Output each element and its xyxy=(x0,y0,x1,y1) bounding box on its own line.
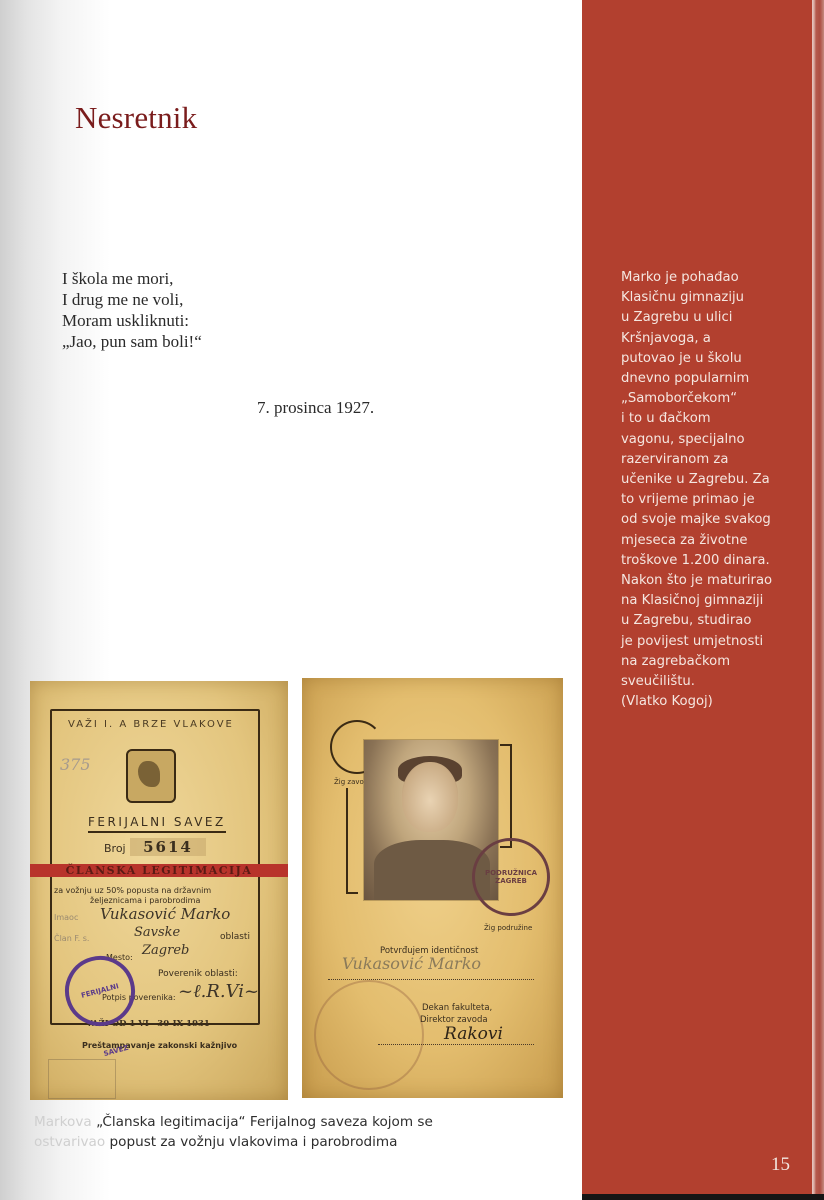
commissioner-signature: ~ℓ.R.Vi~ xyxy=(178,981,259,1002)
sidebar-line: u Zagrebu u ulici xyxy=(621,308,801,328)
identity-signature: Vukasović Marko xyxy=(342,954,481,973)
branch-stamp: PODRUŽNICA ZAGREB xyxy=(472,838,550,916)
caption-line: „Članska legitimacija“ Ferijalnog saveza… xyxy=(96,1114,433,1130)
sidebar-line: mjeseca za životne xyxy=(621,531,801,551)
card-title-band: ČLANSKA LEGITIMACIJA xyxy=(30,864,288,877)
caption-faded-word: Markova xyxy=(34,1114,92,1130)
holder-name: Vukasović Marko xyxy=(100,905,230,923)
dean-signature: Rakovi xyxy=(444,1024,503,1044)
sidebar-line: razerviranom za xyxy=(621,450,801,470)
sidebar-line: to vrijeme primao je xyxy=(621,490,801,510)
sidebar-line: Klasičnu gimnaziju xyxy=(621,288,801,308)
caption-line: popust za vožnju vlakovima i parobrodima xyxy=(110,1134,398,1150)
discount-line: za vožnju uz 50% popusta na državnim xyxy=(54,886,211,895)
poem-date: 7. prosinca 1927. xyxy=(257,398,374,418)
photo-frame-right xyxy=(500,744,512,848)
sidebar-line: od svoje majke svakog xyxy=(621,510,801,530)
poem-line: I drug me ne voli, xyxy=(62,289,202,310)
poem-line: „Jao, pun sam boli!“ xyxy=(62,331,202,352)
sidebar-line: „Samoborčekom“ xyxy=(621,389,801,409)
poem-line: I škola me mori, xyxy=(62,268,202,289)
bottom-edge xyxy=(582,1194,824,1200)
card-org-name: FERIJALNI SAVEZ xyxy=(88,815,226,833)
sidebar-text: Marko je pohađao Klasičnu gimnaziju u Za… xyxy=(621,268,801,712)
sidebar-line: dnevno popularnim xyxy=(621,369,801,389)
card-header: VAŽI I. A BRZE VLAKOVE xyxy=(68,719,234,730)
sidebar-line: vagonu, specijalno xyxy=(621,430,801,450)
ferijalni-emblem-icon xyxy=(126,749,176,803)
faded-seal xyxy=(314,980,424,1090)
sidebar-line: u Zagrebu, studirao xyxy=(621,611,801,631)
stamp-label-right: Žig podružine xyxy=(484,924,532,932)
sidebar-line: Nakon što je maturirao xyxy=(621,571,801,591)
sidebar-line: i to u đačkom xyxy=(621,409,801,429)
page-number: 15 xyxy=(771,1154,790,1176)
place-value: Zagreb xyxy=(142,943,189,958)
region-suffix: oblasti xyxy=(220,932,250,942)
region-label: Član F. s. xyxy=(54,934,89,943)
poem-line: Moram uskliknuti: xyxy=(62,310,202,331)
portrait-face xyxy=(402,762,458,832)
dean-signature-line xyxy=(378,1044,534,1045)
card-number: 5614 xyxy=(130,838,206,856)
sidebar-line: troškove 1.200 dinara. xyxy=(621,551,801,571)
sidebar-line: (Vlatko Kogoj) xyxy=(621,692,801,712)
membership-card-front: VAŽI I. A BRZE VLAKOVE 375 FERIJALNI SAV… xyxy=(30,681,288,1100)
commissioner-label: Poverenik oblasti: xyxy=(158,969,238,979)
pasted-label-outline xyxy=(48,1059,116,1099)
sidebar-line: je povijest umjetnosti xyxy=(621,632,801,652)
image-caption: Markova „Članska legitimacija“ Ferijalno… xyxy=(34,1112,433,1152)
holder-label: Imaoc xyxy=(54,913,78,922)
photo-frame-left xyxy=(346,788,358,894)
sidebar-line: učenike u Zagrebu. Za xyxy=(621,470,801,490)
pencil-note: 375 xyxy=(60,755,91,774)
page-edge xyxy=(812,0,824,1196)
sidebar-line: putovao je u školu xyxy=(621,349,801,369)
sidebar-line: na zagrebačkom xyxy=(621,652,801,672)
poem: I škola me mori, I drug me ne voli, Mora… xyxy=(62,268,202,352)
card-number-label: Broj xyxy=(104,842,126,855)
sidebar-line: Marko je pohađao xyxy=(621,268,801,288)
sidebar-line: Kršnjavoga, a xyxy=(621,329,801,349)
sidebar-line: sveučilištu. xyxy=(621,672,801,692)
branch-stamp-text: PODRUŽNICA ZAGREB xyxy=(475,841,547,885)
discount-line: željeznicama i parobrodima xyxy=(90,896,200,905)
caption-faded-word: ostvarivao xyxy=(34,1134,105,1150)
membership-card-photo-page: Žig zavoda PODRUŽNICA ZAGREB Žig podruži… xyxy=(302,678,563,1098)
sidebar-line: na Klasičnoj gimnaziji xyxy=(621,591,801,611)
region-value: Savske xyxy=(134,925,180,940)
dean-label: Dekan fakulteta, xyxy=(422,1003,492,1013)
page-title: Nesretnik xyxy=(75,100,197,136)
